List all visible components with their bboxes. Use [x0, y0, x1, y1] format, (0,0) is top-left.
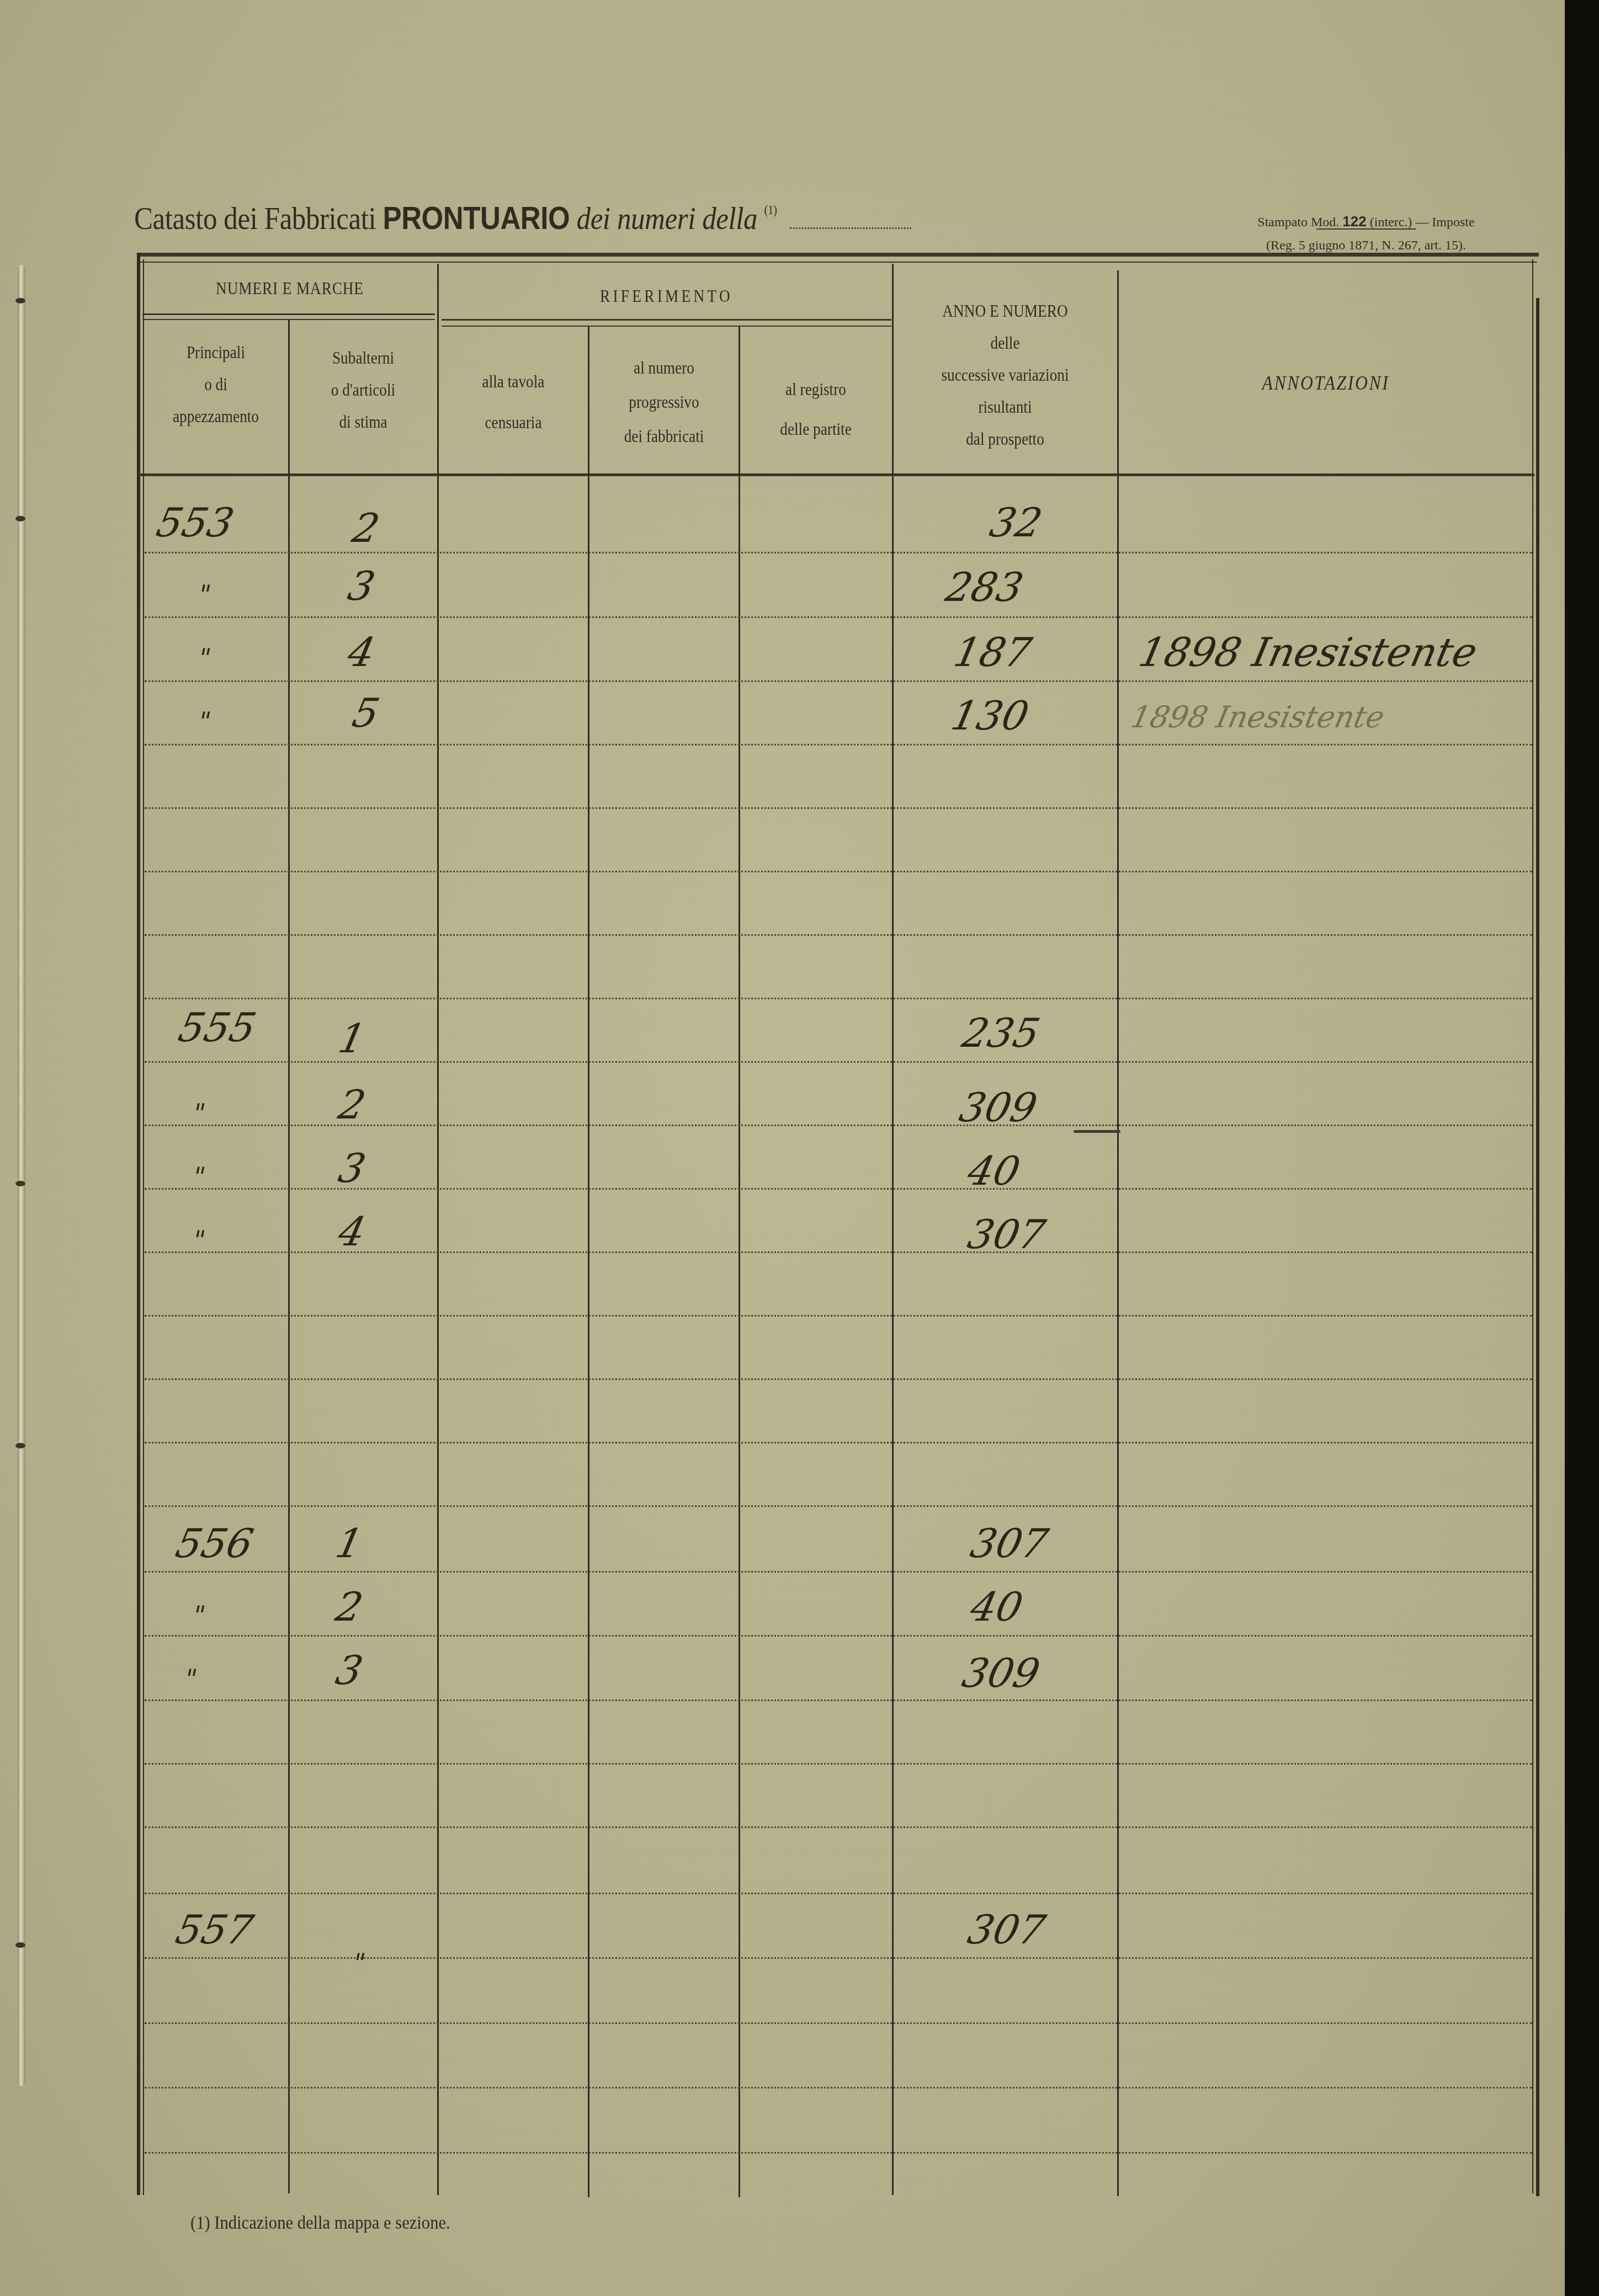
header-line: progressivo: [599, 385, 729, 419]
cell-anno-numero: 187: [950, 629, 1035, 675]
cell-principali: 553: [152, 499, 238, 546]
header-line: al registro: [750, 370, 881, 409]
row-line: [145, 1442, 1532, 1443]
header-line: o di: [153, 369, 278, 401]
dash-mark: [1074, 1130, 1120, 1133]
row-line: [145, 1763, 1532, 1765]
row-line: [145, 616, 1532, 618]
page-title: Catasto dei Fabbricati PRONTUARIO dei nu…: [134, 200, 911, 237]
row-line: [145, 1700, 1532, 1701]
header-line: dal prospetto: [907, 423, 1103, 455]
group-rule-numeri: [142, 313, 435, 315]
form-stamp: Stampato Mod. 122 (interc.) — Imposte (R…: [1212, 209, 1521, 258]
row-line: [145, 1826, 1532, 1828]
cell-anno-numero: 32: [986, 499, 1046, 546]
row-line: [145, 1893, 1532, 1894]
header-line: Principali: [153, 337, 278, 369]
column-header-subalterni: Subalterni o d'articoli di stima: [299, 342, 427, 438]
stamp-suffix: (interc.) — Imposte: [1370, 215, 1475, 230]
cell-anno-numero: 283: [942, 564, 1027, 610]
row-line: [145, 1635, 1532, 1637]
table-top-border-inner: [138, 262, 1537, 263]
header-bottom-rule: [138, 473, 1534, 476]
column-header-numero-progressivo: al numero progressivo dei fabbricati: [599, 351, 729, 454]
column-divider: [739, 327, 740, 2197]
row-line: [145, 2087, 1532, 2089]
row-line: [145, 552, 1532, 553]
row-line: [145, 744, 1532, 745]
cell-anno-numero: 309: [955, 1084, 1041, 1131]
cell-annotazione-faint: 1898 Inesistente: [1128, 700, 1388, 734]
group-rule-riferimento-inner: [442, 326, 891, 327]
cell-anno-numero: 130: [947, 692, 1033, 739]
cell-anno-numero: 307: [966, 1520, 1052, 1567]
row-line: [145, 934, 1532, 936]
table-top-border: [137, 253, 1539, 257]
column-divider: [1117, 270, 1119, 2196]
cell-principali: 557: [172, 1906, 257, 1953]
header-line: risultanti: [907, 391, 1103, 423]
table-left-border-inner: [143, 259, 144, 2195]
table-left-border: [137, 253, 140, 2195]
cell-principali: 555: [174, 1004, 260, 1051]
header-line: al numero: [599, 351, 729, 385]
group-header-riferimento: RIFERIMENTO: [469, 280, 864, 312]
cell-anno-numero: 235: [958, 1010, 1044, 1056]
header-line: di stima: [299, 406, 427, 438]
cell-anno-numero: 309: [958, 1650, 1044, 1696]
stamp-label: Stampato Mod.: [1257, 215, 1339, 230]
row-line: [145, 1571, 1532, 1573]
column-divider: [588, 327, 589, 2197]
binding-stitch: [15, 516, 25, 521]
binding-stitch: [15, 1443, 25, 1448]
cell-anno-numero: 307: [964, 1906, 1049, 1953]
column-divider: [437, 264, 439, 2195]
row-line: [145, 998, 1532, 999]
binding-stitch: [15, 1942, 25, 1948]
row-line: [145, 1378, 1532, 1380]
row-line: [145, 1505, 1532, 1507]
table-right-border-inner: [1532, 259, 1533, 2193]
column-header-tavola: alla tavola censuaria: [448, 361, 578, 443]
column-divider: [892, 264, 894, 2195]
page-binding: [18, 265, 25, 2086]
group-header-numeri-e-marche: NUMERI E MARCHE: [162, 273, 418, 305]
footnote-ref: (1): [764, 203, 777, 217]
column-header-anno-numero: ANNO E NUMERO delle successive variazion…: [907, 295, 1103, 455]
group-rule-riferimento: [442, 319, 891, 321]
column-header-registro: al registro delle partite: [750, 370, 881, 449]
column-header-annotazioni: ANNOTAZIONI: [1144, 367, 1507, 399]
row-line: [145, 807, 1532, 809]
header-line: alla tavola: [448, 361, 578, 402]
column-header-principali: Principali o di appezzamento: [153, 337, 278, 433]
title-bold: PRONTUARIO: [383, 200, 570, 236]
row-line: [145, 680, 1532, 682]
cell-anno-numero: 40: [966, 1584, 1027, 1630]
table-right-border: [1536, 298, 1539, 2196]
row-line: [145, 1315, 1532, 1317]
header-line: successive variazioni: [907, 359, 1103, 391]
scan-border: [1565, 0, 1599, 2296]
binding-stitch: [15, 298, 25, 303]
stamp-model-number: 122: [1342, 213, 1366, 230]
cell-principali: 556: [172, 1520, 257, 1567]
row-line: [145, 871, 1532, 872]
title-fill-line: [790, 227, 911, 229]
header-line: dei fabbricati: [599, 419, 729, 454]
title-italic: dei numeri della: [577, 200, 757, 236]
cell-anno-numero: 40: [964, 1148, 1024, 1194]
row-line: [145, 1957, 1532, 1959]
header-line: censuaria: [448, 402, 578, 443]
header-line: appezzamento: [153, 401, 278, 433]
header-line: delle partite: [750, 409, 881, 449]
row-line: [145, 2152, 1532, 2154]
cell-annotazione: 1898 Inesistente: [1135, 629, 1481, 675]
cell-anno-numero: 307: [964, 1211, 1049, 1258]
header-line: delle: [907, 327, 1103, 359]
header-line: Subalterni: [299, 342, 427, 374]
header-line: o d'articoli: [299, 374, 427, 406]
title-prefix: Catasto dei Fabbricati: [134, 200, 376, 236]
header-line: ANNO E NUMERO: [907, 295, 1103, 327]
binding-stitch: [15, 1181, 25, 1186]
footnote: (1) Indicazione della mappa e sezione.: [190, 2213, 450, 2234]
row-line: [145, 2022, 1532, 2024]
column-divider: [288, 320, 290, 2193]
